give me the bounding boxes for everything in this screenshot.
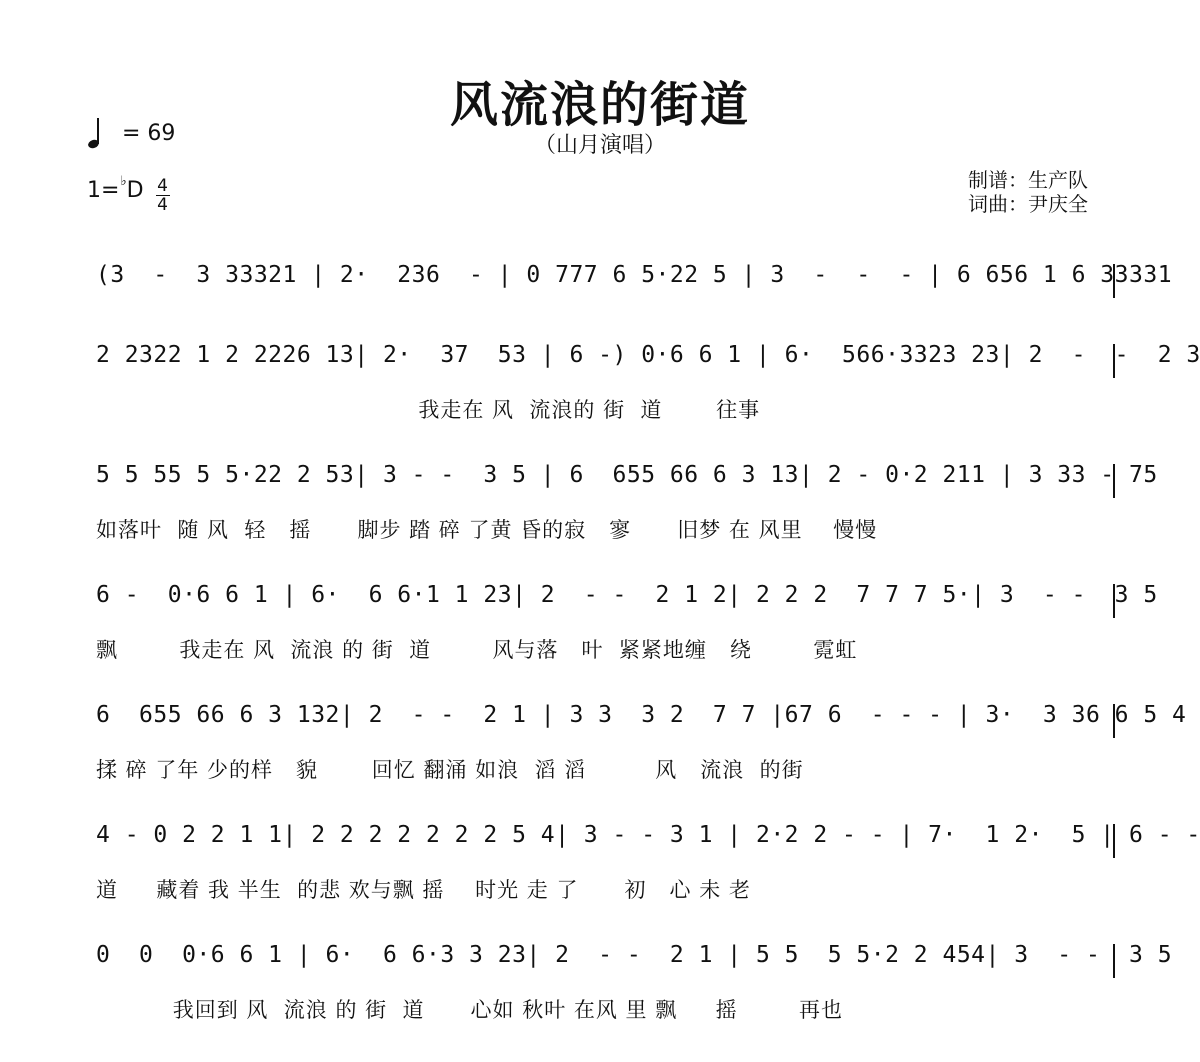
key-signature: 1= ♭ D 4 4 (87, 178, 170, 213)
lyrics-line: 我回到 风 流浪 的 街 道 心如 秋叶 在风 里 飘 摇 再也 (96, 994, 843, 1024)
barline (1113, 704, 1115, 738)
quarter-note-icon (88, 118, 104, 148)
lyrics-line: 如落叶 随 风 轻 摇 脚步 踏 碎 了黄 昏的寂 寥 旧梦 在 风里 慢慢 (96, 514, 877, 544)
barline (1113, 944, 1115, 978)
score-row-5: 6 655 66 6 3 132| 2 - - 2 1 | 3 3 3 2 7 … (0, 702, 1200, 812)
score-row-3: 5 5 55 5 5·22 2 53| 3 - - 3 5 | 6 655 66… (0, 462, 1200, 572)
time-sig-top: 4 (157, 178, 168, 194)
notation-line: (3 - 3 33321 | 2· 236 - | 0 777 6 5·22 5… (96, 262, 1172, 302)
barline (1113, 264, 1115, 298)
key-label: 1= (87, 178, 119, 203)
notation-line: 4 - 0 2 2 1 1| 2 2 2 2 2 2 2 5 4| 3 - - … (96, 822, 1200, 862)
song-subtitle: （山月演唱） (0, 128, 1200, 159)
lyrics-line: 飘 我走在 风 流浪 的 街 道 风与落 叶 紧紧地缠 绕 霓虹 (96, 634, 857, 664)
barline (1113, 584, 1115, 618)
notation-line: 5 5 55 5 5·22 2 53| 3 - - 3 5 | 6 655 66… (96, 462, 1158, 502)
barline (1113, 824, 1115, 858)
song-title: 风流浪的街道 (0, 66, 1200, 135)
credit-score: 制谱：生产队 (968, 168, 1088, 192)
score-row-4: 6 - 0·6 6 1 | 6· 6 6·1 1 23| 2 - - 2 1 2… (0, 582, 1200, 692)
flat-icon: ♭ (120, 174, 126, 189)
notation-line: 2 2322 1 2 2226 13| 2· 37 53 | 6 -) 0·6 … (96, 342, 1200, 382)
time-signature: 4 4 (156, 178, 170, 213)
credits: 制谱：生产队 词曲：尹庆全 (968, 168, 1088, 216)
lyrics-line: 揉 碎 了年 少的样 貌 回忆 翻涌 如浪 滔 滔 风 流浪 的街 (96, 754, 804, 784)
tempo-value: = 69 (122, 121, 175, 146)
score-row-2: 2 2322 1 2 2226 13| 2· 37 53 | 6 -) 0·6 … (0, 342, 1200, 452)
notation-line: 6 - 0·6 6 1 | 6· 6 6·1 1 23| 2 - - 2 1 2… (96, 582, 1158, 622)
time-sig-bottom: 4 (157, 197, 168, 213)
key-note: D (127, 178, 144, 203)
barline (1113, 464, 1115, 498)
lyrics-line: 我走在 风 流浪的 街 道 往事 (96, 394, 760, 424)
score-row-7: 0 0 0·6 6 1 | 6· 6 6·3 3 23| 2 - - 2 1 |… (0, 942, 1200, 1052)
notation-line: 6 655 66 6 3 132| 2 - - 2 1 | 3 3 3 2 7 … (96, 702, 1186, 742)
lyrics-line: 道 藏着 我 半生 的悲 欢与飘 摇 时光 走 了 初 心 未 老 (96, 874, 751, 904)
notation-line: 0 0 0·6 6 1 | 6· 6 6·3 3 23| 2 - - 2 1 |… (96, 942, 1172, 982)
barline (1113, 344, 1115, 378)
credit-lyrics: 词曲：尹庆全 (968, 192, 1088, 216)
tempo-marking: = 69 (88, 118, 175, 148)
score-row-6: 4 - 0 2 2 1 1| 2 2 2 2 2 2 2 5 4| 3 - - … (0, 822, 1200, 932)
